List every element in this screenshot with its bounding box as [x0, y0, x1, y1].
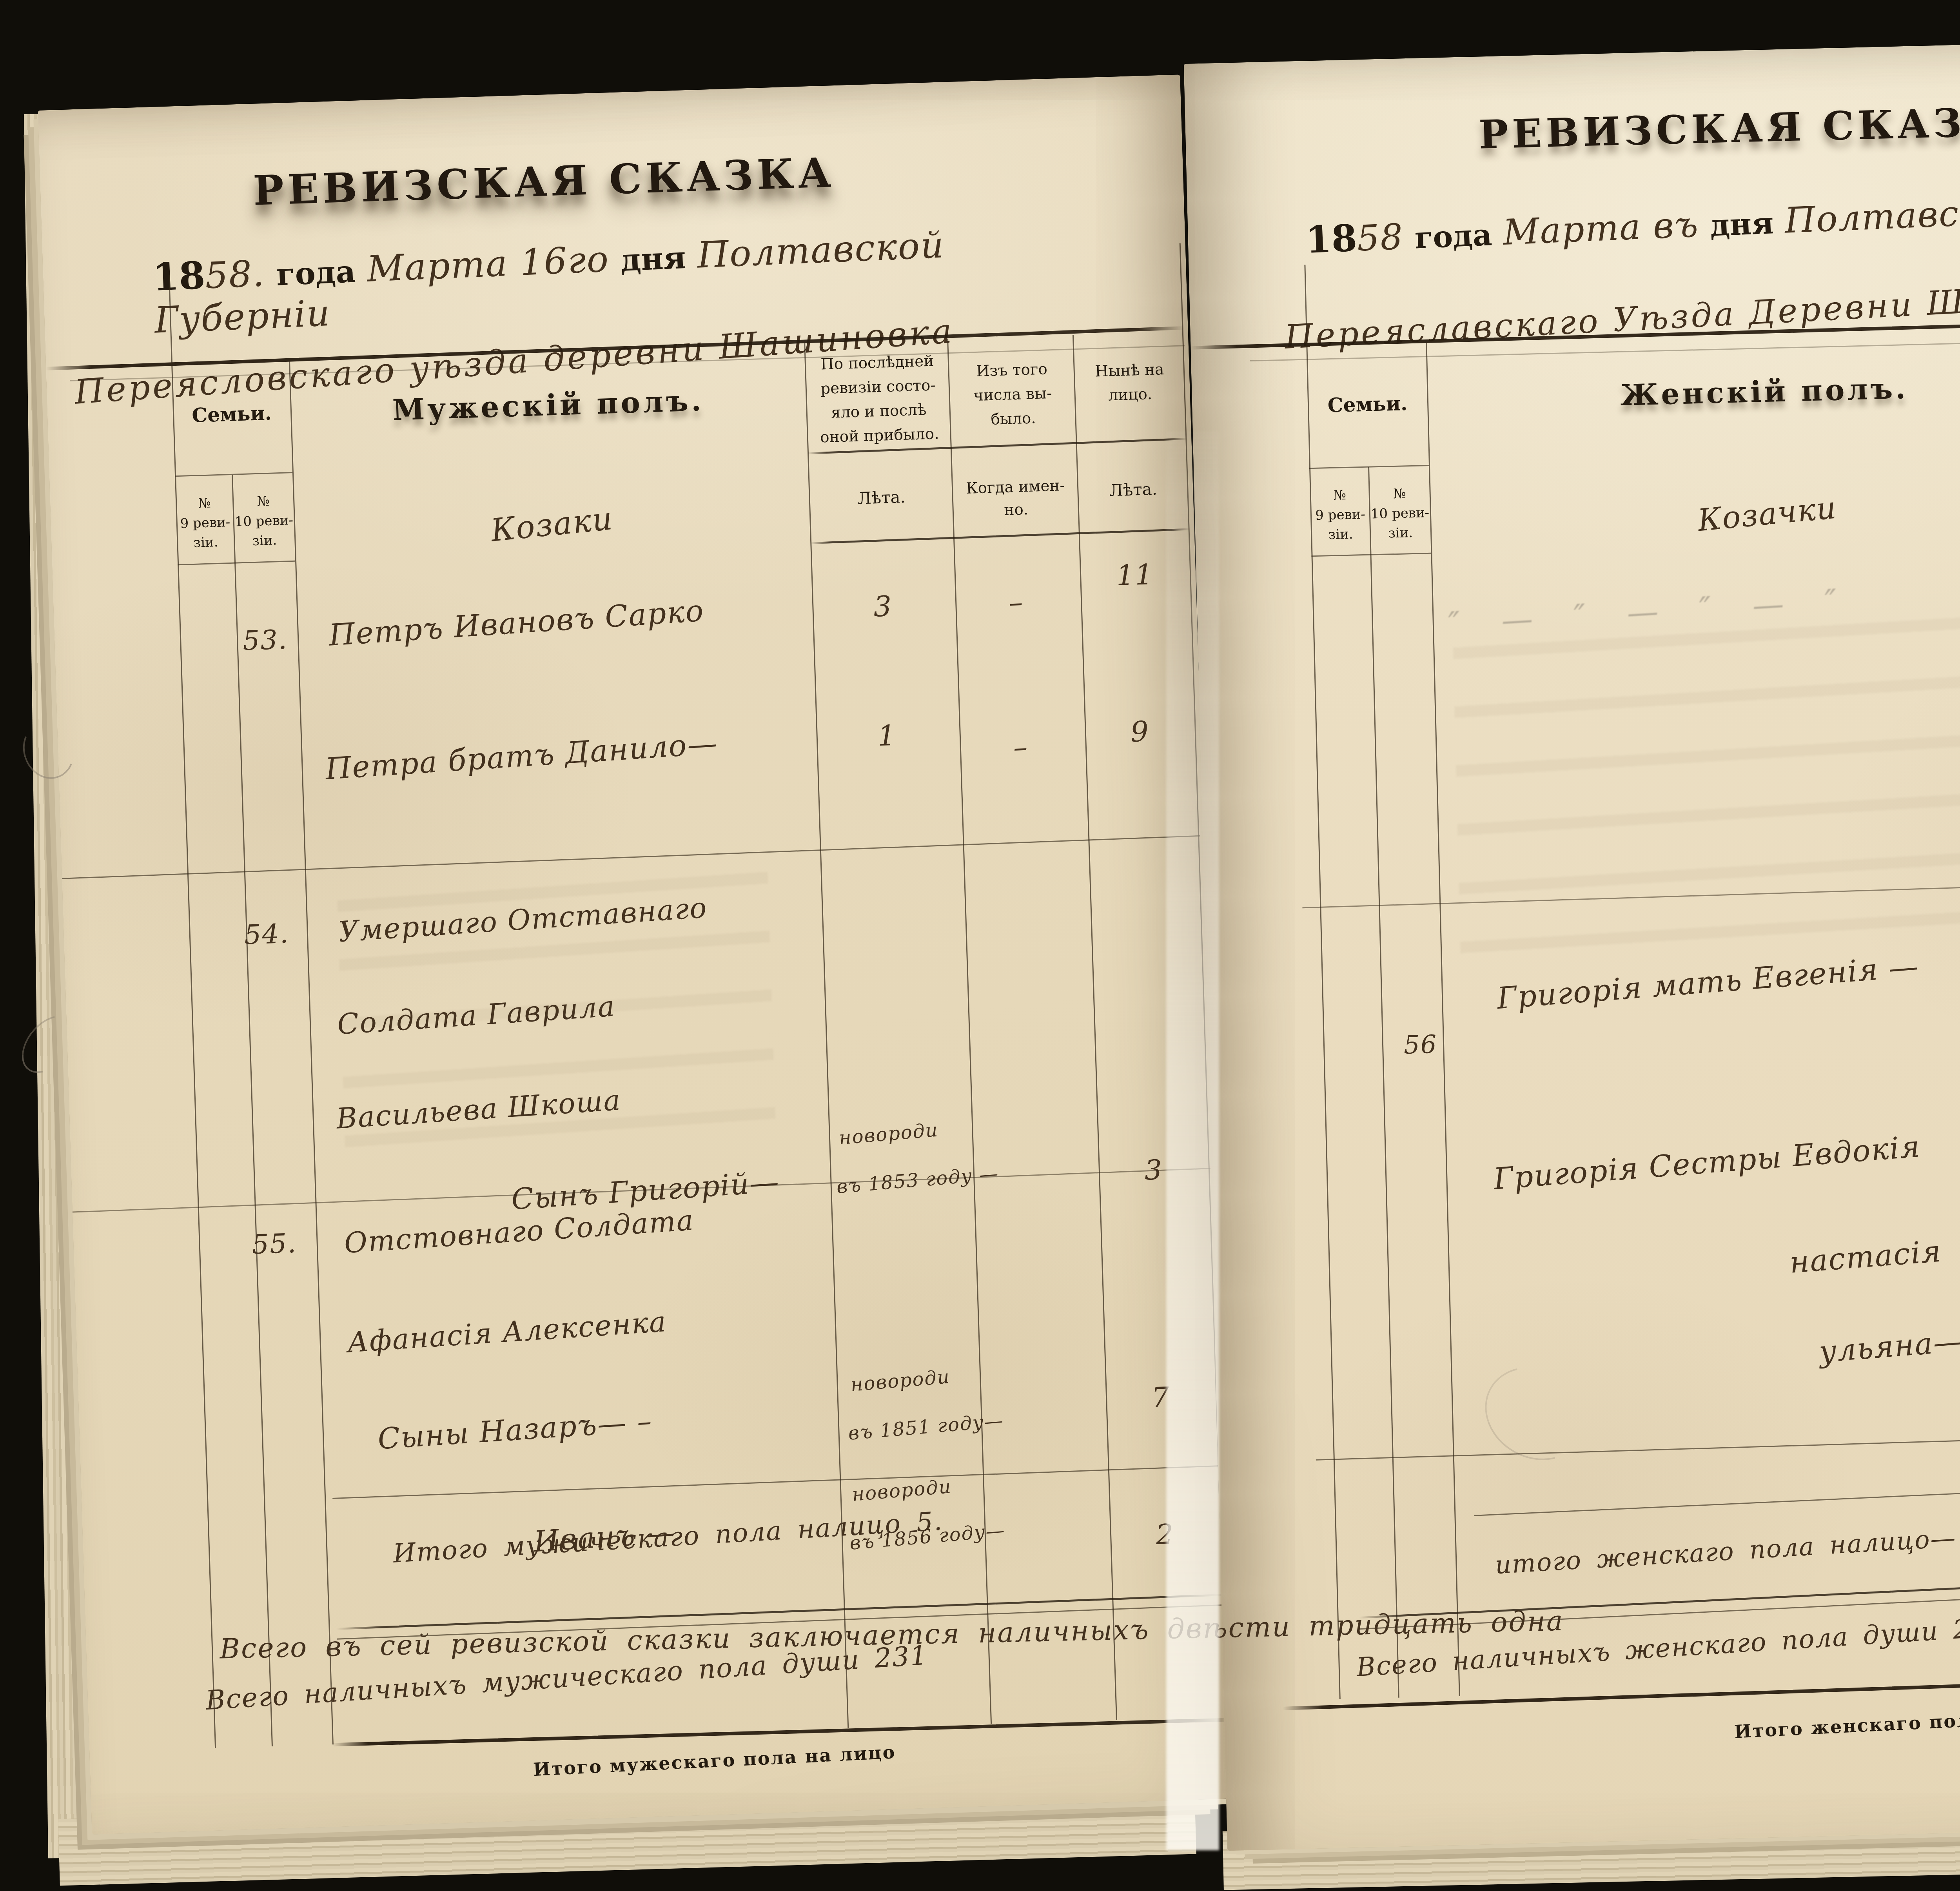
- family-number: 53.: [242, 624, 288, 657]
- table-line: [289, 359, 334, 1744]
- family-number: 56: [1403, 1030, 1437, 1060]
- table-line: [1073, 335, 1117, 1720]
- person-name: ульяна—: [1818, 1323, 1960, 1369]
- left-subtotal-line: Итого мужическаго пола налицо 5.: [392, 1506, 944, 1569]
- col-leta-sub-header: Лѣта.: [811, 486, 952, 509]
- bleed-through: [1452, 610, 1960, 978]
- totals-rule: [332, 1465, 1220, 1499]
- hw-year: 58.: [204, 252, 266, 297]
- totals-rule: [1474, 1483, 1960, 1516]
- fold-repair-tape: [1166, 431, 1219, 1850]
- entry-line: Афанасія Алексенка: [346, 1305, 668, 1359]
- col-last-revision-header: По послѣдней ревизіи состо- яло и послѣ …: [806, 348, 951, 450]
- right-page: РЕВИЗСКАЯ СКАЗКА 1858 года Марта въ дня …: [1184, 34, 1960, 1851]
- age-now: 11: [1091, 557, 1179, 593]
- pencil-stroke: [1468, 1349, 1603, 1478]
- hw-governorate: Полтавской Губерніи: [1784, 182, 1960, 241]
- footer-rule: [332, 1718, 1228, 1747]
- hw-month-day: Марта въ: [1502, 204, 1699, 253]
- birth-note: въ 1851 году—: [848, 1410, 1005, 1445]
- printed-dnya: дня: [620, 240, 686, 278]
- right-subtotal-line: итого женскаго пола налицо— 4: [1494, 1522, 1960, 1580]
- person-name: Григорія Сестры Евдокія: [1492, 1129, 1922, 1196]
- hw-month-day: Марта 16го: [366, 238, 610, 290]
- age-last-revision: 3: [833, 588, 933, 624]
- right-footer-printed: Итого женскаго пола на лицо: [1734, 1704, 1960, 1742]
- col-present-header: Нынѣ на лицо.: [1075, 357, 1185, 409]
- col-when-sub-header: Когда имен- но.: [953, 474, 1078, 523]
- person-name: Петра братъ Данило—: [324, 726, 719, 786]
- col-family-header: Семьи.: [172, 401, 291, 427]
- scanned-census-document: { "corner": { "ink_note": "529", "pencil…: [0, 0, 1960, 1891]
- col-departed-header: Изъ того числа вы- было.: [950, 356, 1076, 433]
- printed-dnya: дня: [1709, 205, 1774, 243]
- table-rule: [175, 472, 292, 477]
- category-kozachki: Козачки: [1430, 465, 1960, 563]
- birth-note: новороди: [851, 1475, 952, 1506]
- table-line: [947, 339, 992, 1724]
- age-last-revision: 1: [838, 718, 937, 754]
- ink-mark-lo: Ло: [1958, 1366, 1960, 1417]
- person-name: Петръ Ивановъ Сарко: [328, 593, 705, 652]
- right-date-line: 1858 года Марта въ дня Полтавской Губерн…: [1305, 176, 1960, 262]
- family-number: 55.: [252, 1228, 298, 1261]
- right-page-title: РЕВИЗСКАЯ СКАЗКА: [1436, 97, 1960, 159]
- table-line: [1368, 467, 1399, 1698]
- hw-year: 58: [1356, 216, 1405, 260]
- printed-year-prefix: 18: [1305, 217, 1358, 262]
- printed-year-prefix: 18: [152, 253, 206, 299]
- printed-goda: года: [1414, 217, 1493, 255]
- col-rev9-header: № 9 реви- зіи.: [1310, 485, 1370, 545]
- category-kozaki: Козаки: [294, 480, 810, 568]
- departed-dash: –: [967, 584, 1066, 620]
- child-name: Сыны Назаръ— –: [377, 1404, 653, 1456]
- family-number: 54.: [244, 918, 290, 951]
- col-family-header: Семьи.: [1307, 391, 1427, 417]
- totals-rule: [1316, 1428, 1960, 1460]
- left-footer-printed: Итого мужескаго пола на лицо: [533, 1741, 896, 1780]
- bleed-through: [336, 852, 777, 1179]
- departed-dash: –: [971, 729, 1071, 765]
- person-name: настасія: [1788, 1234, 1943, 1280]
- table-rule: [810, 528, 1191, 544]
- left-page: РЕВИЗСКАЯ СКАЗКА 1858. года Марта 16го д…: [38, 74, 1234, 1834]
- col-rev9-header: № 9 реви- зіи.: [176, 493, 234, 553]
- col-female-sex-header: Женскій полъ.: [1427, 367, 1960, 417]
- col-rev10-header: № 10 реви- зіи.: [1369, 483, 1431, 544]
- printed-goda: года: [276, 254, 356, 292]
- table-line: [1304, 265, 1340, 1699]
- birth-note: новороди: [850, 1366, 951, 1396]
- col-rev10-header: № 10 реви- зіи.: [233, 491, 295, 552]
- table-line: [232, 475, 273, 1746]
- birth-note: новороди: [838, 1119, 939, 1149]
- table-rule: [178, 561, 295, 565]
- left-page-title: РЕВИЗСКАЯ СКАЗКА: [220, 147, 868, 216]
